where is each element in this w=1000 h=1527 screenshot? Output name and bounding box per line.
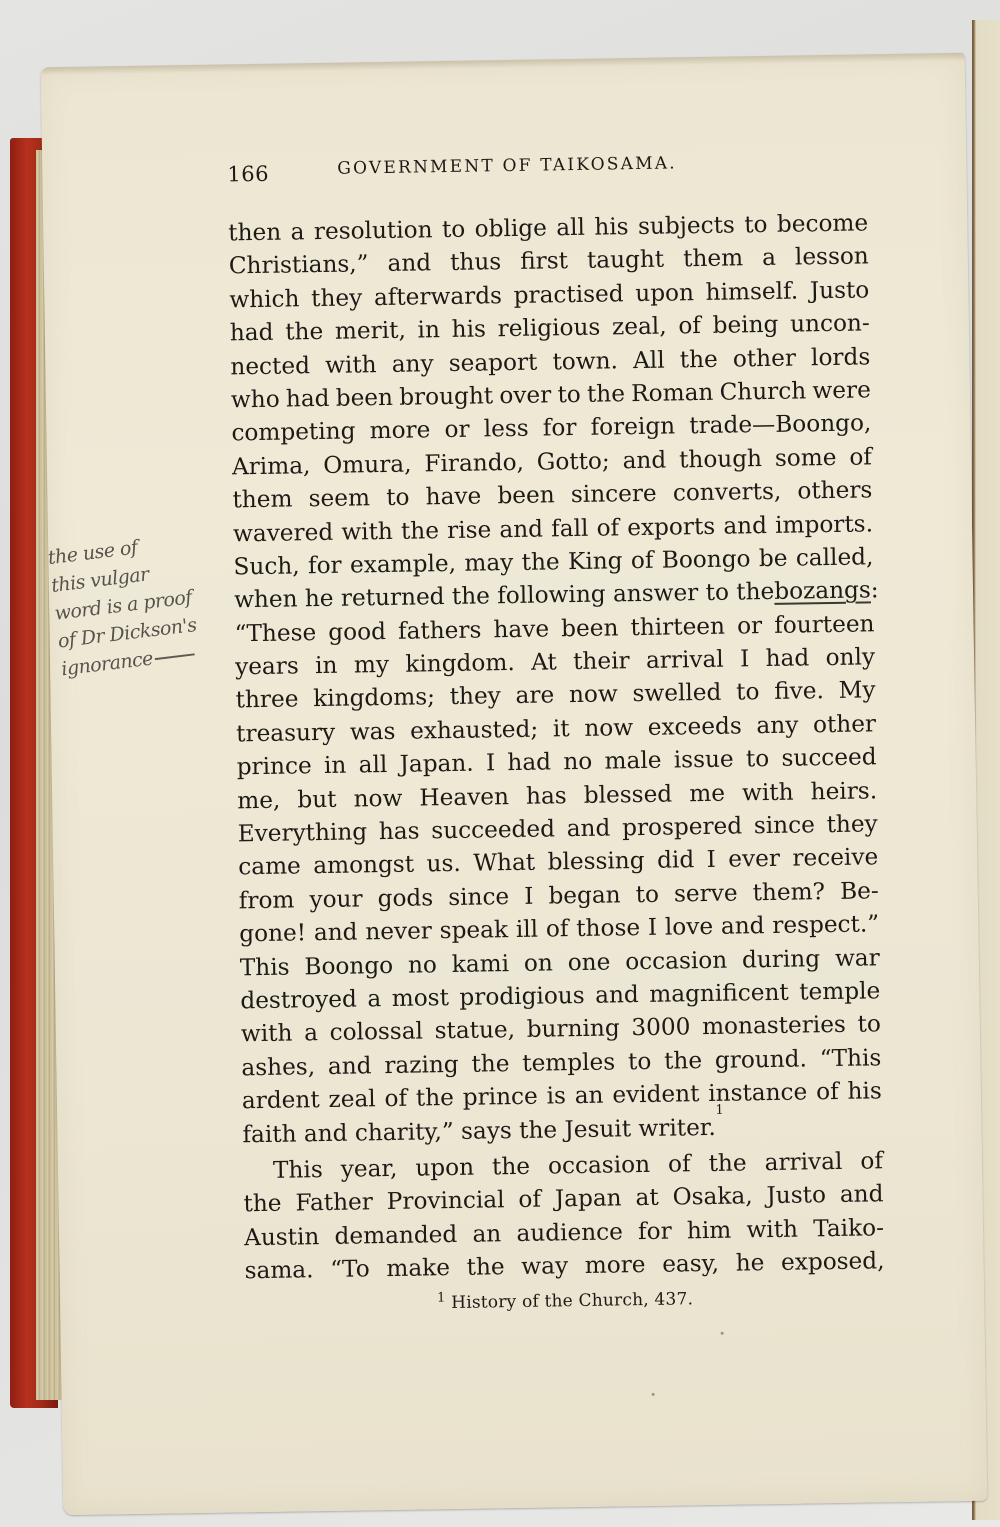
paragraph-2: Thisyear,upontheoccasionofthearrivalof t… xyxy=(243,1144,885,1288)
text-block: 166 GOVERNMENT OF TAIKOSAMA. thenaresolu… xyxy=(227,152,885,1315)
paper-speck xyxy=(721,1332,724,1335)
running-title: GOVERNMENT OF TAIKOSAMA. xyxy=(337,153,677,178)
footnote-text: History of the Church, 437. xyxy=(451,1289,693,1313)
footnote-number: 1 xyxy=(437,1290,446,1305)
handwritten-margin-note: the use of this vulgar word is a proof o… xyxy=(46,525,227,684)
paragraph-1: thenaresolutiontoobligeallhissubjectstob… xyxy=(228,206,883,1151)
page-number: 166 xyxy=(227,161,337,187)
paper-speck xyxy=(652,1393,655,1396)
underlined-word: bozangs xyxy=(774,577,871,606)
footnote: 1 History of the Church, 437. xyxy=(245,1286,885,1316)
pencil-dash xyxy=(155,653,195,660)
footnote-marker: 1 xyxy=(715,1110,724,1144)
book-page: the use of this vulgar word is a proof o… xyxy=(41,53,988,1515)
running-head: 166 GOVERNMENT OF TAIKOSAMA. xyxy=(227,152,867,192)
